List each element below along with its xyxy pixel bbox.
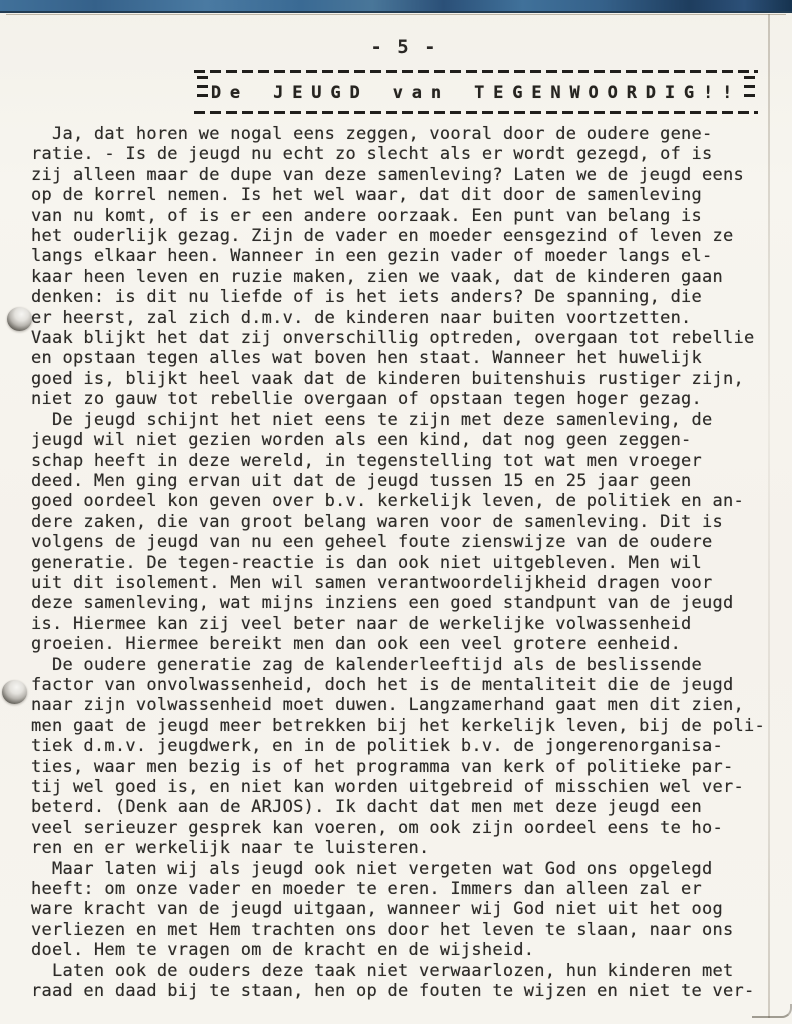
- text-line: langs elkaar heen. Wanneer in een gezin …: [31, 246, 776, 266]
- text-line: op de korrel nemen. Is het wel waar, dat…: [31, 185, 776, 205]
- text-line: generatie. De tegen-reactie is dan ook n…: [31, 553, 776, 573]
- article-body: Ja, dat horen we nogal eens zeggen, voor…: [31, 124, 776, 1001]
- hole-punch-icon: [7, 307, 32, 331]
- dashed-border-top: [194, 70, 758, 73]
- paragraph: Maar laten wij als jeugd ook niet verget…: [31, 859, 776, 961]
- text-line: denken: is dit nu liefde of is het iets …: [31, 287, 776, 307]
- text-line: er heerst, zal zich d.m.v. de kinderen n…: [31, 308, 776, 328]
- text-line: en opstaan tegen alles wat boven hen sta…: [31, 348, 776, 368]
- text-line: ware kracht van de jeugd uitgaan, wannee…: [31, 899, 776, 919]
- text-line: heeft: om onze vader en moeder te eren. …: [31, 879, 776, 899]
- paragraph: De jeugd schijnt het niet eens te zijn m…: [31, 410, 776, 655]
- paper-edge-line-top: [6, 14, 786, 15]
- paragraph: Laten ook de ouders deze taak niet verwa…: [31, 961, 776, 1002]
- scanned-page: - 5 - De JEUGD van TEGENWOORDIG!! Ja, da…: [0, 0, 792, 1024]
- page-title: De JEUGD van TEGENWOORDIG!!: [211, 83, 741, 103]
- text-line: kaar heen leven en ruzie maken, zien we …: [31, 267, 776, 287]
- text-line: tij wel goed is, en niet kan worden uitg…: [31, 777, 776, 797]
- text-line: tiek d.m.v. jeugdwerk, en in de politiek…: [31, 736, 776, 756]
- text-line: schap heeft in deze wereld, in tegenstel…: [31, 451, 776, 471]
- text-line: jeugd wil niet gezien worden als een kin…: [31, 430, 776, 450]
- text-line: doel. Hem te vragen om de kracht en de w…: [31, 940, 776, 960]
- text-line: deze samenleving, wat mijns inziens een …: [31, 593, 776, 613]
- page-number: - 5 -: [0, 36, 792, 58]
- text-line: Ja, dat horen we nogal eens zeggen, voor…: [31, 124, 776, 144]
- text-line: van nu komt, of is er een andere oorzaak…: [31, 206, 776, 226]
- text-line: Vaak blijkt het dat zij onverschillig op…: [31, 328, 776, 348]
- scan-corner-mark: [752, 1004, 792, 1018]
- text-line: verliezen en met Hem trachten ons door h…: [31, 920, 776, 940]
- binding-strip: [0, 0, 792, 13]
- text-line: veel serieuzer gesprek kan voeren, om oo…: [31, 818, 776, 838]
- text-line: De oudere generatie zag de kalenderleeft…: [31, 655, 776, 675]
- text-line: De jeugd schijnt het niet eens te zijn m…: [31, 410, 776, 430]
- text-line: deed. Men ging ervan uit dat de jeugd tu…: [31, 471, 776, 491]
- dashed-border-bottom: [194, 111, 758, 114]
- text-line: ties, waar men bezig is of het programma…: [31, 757, 776, 777]
- paragraph: Ja, dat horen we nogal eens zeggen, voor…: [31, 124, 776, 410]
- text-line: zij alleen maar de dupe van deze samenle…: [31, 165, 776, 185]
- text-line: men gaat de jeugd meer betrekken bij het…: [31, 716, 776, 736]
- text-line: beterd. (Denk aan de ARJOS). Ik dacht da…: [31, 797, 776, 817]
- title-box: De JEUGD van TEGENWOORDIG!!: [194, 68, 758, 114]
- text-line: Maar laten wij als jeugd ook niet verget…: [31, 859, 776, 879]
- text-line: het ouderlijk gezag. Zijn de vader en mo…: [31, 226, 776, 246]
- text-line: goed oordeel kon geven over b.v. kerkeli…: [31, 491, 776, 511]
- text-line: goed is, blijkt heel vaak dat de kindere…: [31, 369, 776, 389]
- text-line: volgens de jeugd van nu een geheel foute…: [31, 532, 776, 552]
- text-line: raad en daad bij te staan, hen op de fou…: [31, 981, 776, 1001]
- text-line: dere zaken, die van groot belang waren v…: [31, 512, 776, 532]
- text-line: uit dit isolement. Men wil samen verantw…: [31, 573, 776, 593]
- text-line: is. Hiermee kan zij veel beter naar de w…: [31, 614, 776, 634]
- paragraph: De oudere generatie zag de kalenderleeft…: [31, 655, 776, 859]
- text-line: naar zijn volwassenheid moet duwen. Lang…: [31, 695, 776, 715]
- text-line: ren en er werkelijk naar te luisteren.: [31, 838, 776, 858]
- text-line: Laten ook de ouders deze taak niet verwa…: [31, 961, 776, 981]
- text-line: ratie. - Is de jeugd nu echt zo slecht a…: [31, 144, 776, 164]
- text-line: factor van onvolwassenheid, doch het is …: [31, 675, 776, 695]
- text-line: niet zo gauw tot rebellie overgaan of op…: [31, 389, 776, 409]
- text-line: groeien. Hiermee bereikt men dan ook een…: [31, 634, 776, 654]
- hole-punch-icon: [2, 680, 27, 704]
